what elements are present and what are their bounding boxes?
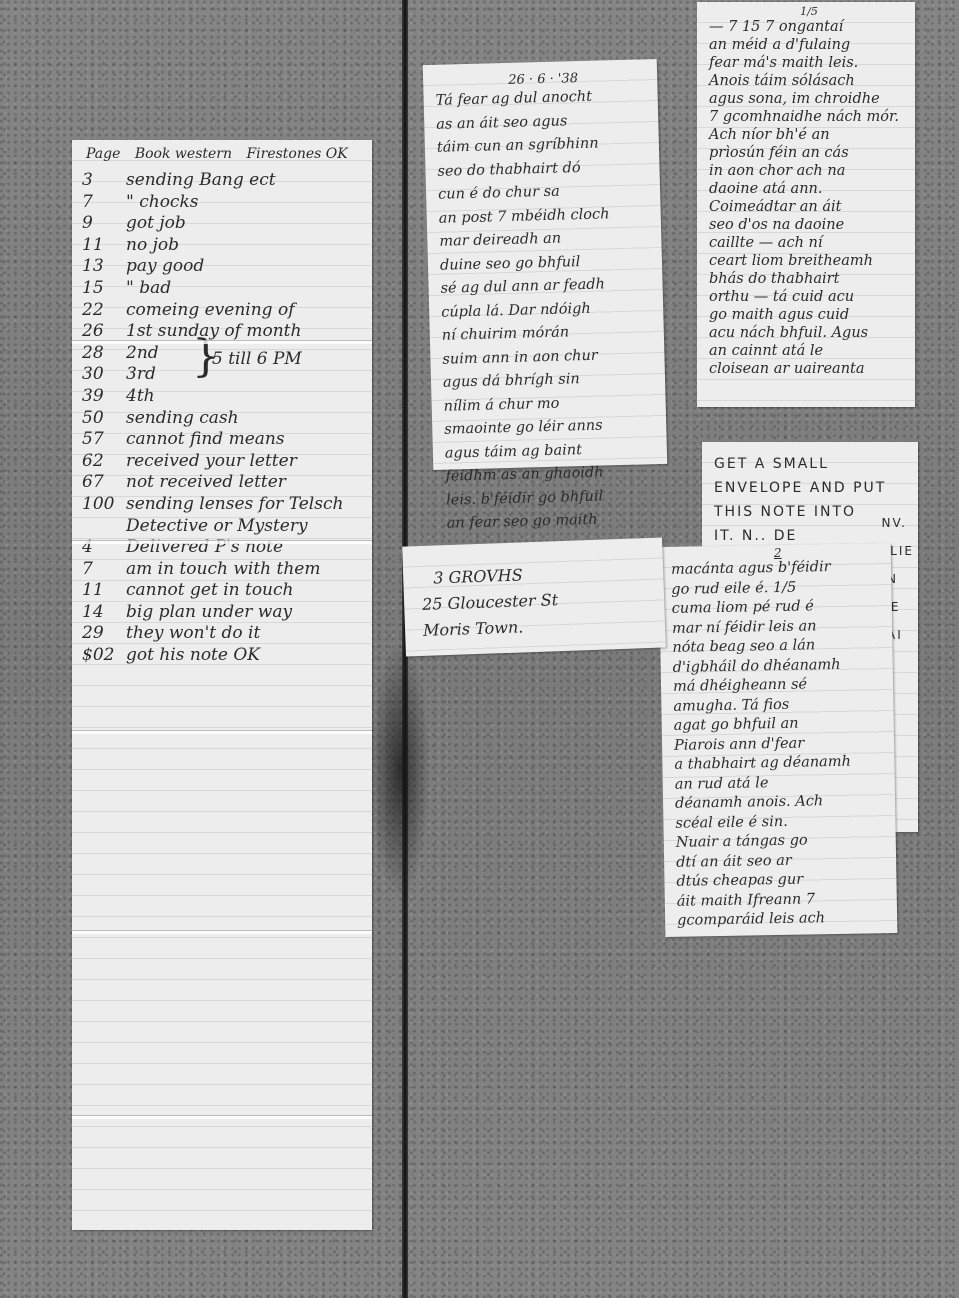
address-text: 3 GROVHS 25 Gloucester St Moris Town. [421, 558, 660, 644]
meaning: am in touch with them [126, 559, 320, 579]
code: 7 [82, 559, 126, 579]
meaning: comeing evening of [126, 300, 294, 320]
code: 57 [82, 429, 126, 449]
meaning: not received letter [126, 472, 286, 492]
list-item: 3sending Bang ect [82, 170, 372, 192]
note-line: an fear seo go maith [446, 507, 663, 536]
code: 22 [82, 300, 126, 320]
irish-note-2: 1/5 — 7 15 7 ongantaí an méid a d'fulain… [697, 2, 915, 407]
code: 14 [82, 602, 126, 622]
code-list-header: Page Book western Firestones OK [86, 146, 366, 162]
list-item: 15" bad [82, 278, 372, 300]
note-line: cloisean ar uaireanta [709, 360, 909, 378]
code: 15 [82, 278, 126, 298]
meaning: " bad [126, 278, 171, 298]
note-line: go maith agus cuid [709, 306, 909, 324]
meaning: 3rd [126, 364, 156, 384]
list-item: 7am in touch with them [82, 559, 372, 581]
list-item: 57cannot find means [82, 429, 372, 451]
note-line: ceart liom breitheamh [709, 252, 909, 270]
list-item: 62received your letter [82, 451, 372, 473]
note-line: seo d'os na daoine [709, 216, 909, 234]
paper-fold [72, 930, 372, 934]
irish-note-3: 2 macánta agus b'féidir go rud eile é. 1… [659, 543, 898, 937]
list-item: 11no job [82, 235, 372, 257]
note-line: prìosún féin an cás [709, 144, 909, 162]
list-item: 13pay good [82, 256, 372, 278]
code: 29 [82, 623, 126, 643]
list-item: 67not received letter [82, 472, 372, 494]
paper-fold [72, 540, 372, 544]
note-line: an cainnt atá le [709, 342, 909, 360]
ink-smudge [370, 640, 430, 900]
meaning: big plan under way [126, 602, 292, 622]
note-text: 2 macánta agus b'féidir go rud eile é. 1… [671, 545, 892, 931]
page-mark: 1/5 [709, 6, 909, 18]
header-book: Book western [135, 146, 232, 162]
list-item: 9got job [82, 213, 372, 235]
note-line: Ach níor bh'é an [709, 126, 909, 144]
code: 11 [82, 580, 126, 600]
note-line: gcomparáid leis ach [677, 908, 891, 931]
list-item: 14big plan under way [82, 602, 372, 624]
code: 39 [82, 386, 126, 406]
code-list-rows: 3sending Bang ect 7" chocks 9got job 11n… [82, 170, 372, 667]
meaning: cannot find means [126, 429, 285, 449]
code: 26 [82, 321, 126, 341]
meaning: 2nd [126, 343, 159, 363]
list-item: 22comeing evening of [82, 300, 372, 322]
header-page: Page [86, 146, 120, 162]
code: 50 [82, 408, 126, 428]
list-item: 100sending lenses for Telsch [82, 494, 372, 516]
note-line: GET A SMALL [714, 452, 912, 476]
meaning: " chocks [126, 192, 198, 212]
code: 7 [82, 192, 126, 212]
code: 62 [82, 451, 126, 471]
meaning: got his note OK [126, 645, 260, 665]
code: 13 [82, 256, 126, 276]
bracket-label: 5 till 6 PM [212, 349, 302, 369]
note-line: orthu — tá cuid acu [709, 288, 909, 306]
note-line: acu nách bhfuil. Agus [709, 324, 909, 342]
header-firestones: Firestones OK [246, 146, 347, 162]
list-item: $02got his note OK [82, 645, 372, 667]
meaning: pay good [126, 256, 204, 276]
meaning: got job [126, 213, 186, 233]
note-text: 1/5 — 7 15 7 ongantaí an méid a d'fulain… [709, 6, 909, 378]
code: 9 [82, 213, 126, 233]
code: 11 [82, 235, 126, 255]
code: 100 [82, 494, 126, 514]
code: 28 [82, 343, 126, 363]
note-line: an méid a d'fulaing [709, 36, 909, 54]
list-item: 50sending cash [82, 408, 372, 430]
note-line: caillte — ach ní [709, 234, 909, 252]
note-line: fear má's maith leis. [709, 54, 909, 72]
meaning: 4th [126, 386, 155, 406]
note-text: 26 · 6 · '38 Tá fear ag dul anocht as an… [435, 69, 663, 536]
meaning: no job [126, 235, 179, 255]
note-line: 7 gcomhnaidhe nách mór. [709, 108, 909, 126]
note-line: ENVELOPE AND PUT [714, 476, 912, 500]
code: 3 [82, 170, 126, 190]
edge-fragment: NV. [882, 516, 915, 530]
list-item: 7" chocks [82, 192, 372, 214]
list-item: 11cannot get in touch [82, 580, 372, 602]
code: 67 [82, 472, 126, 492]
irish-note-1: 26 · 6 · '38 Tá fear ag dul anocht as an… [423, 59, 668, 470]
meaning: received your letter [126, 451, 297, 471]
paper-fold [72, 730, 372, 734]
code: 30 [82, 364, 126, 384]
note-line: agus sona, im chroidhe [709, 90, 909, 108]
note-line: bhás do thabhairt [709, 270, 909, 288]
meaning: Detective or Mystery [126, 516, 308, 536]
meaning: sending lenses for Telsch [126, 494, 343, 514]
list-item: 394th [82, 386, 372, 408]
paper-fold [72, 340, 372, 344]
address-slip: 3 GROVHS 25 Gloucester St Moris Town. [402, 537, 666, 656]
code-list-paper: Page Book western Firestones OK 3sending… [72, 140, 372, 1230]
list-item: 29they won't do it [82, 623, 372, 645]
meaning: cannot get in touch [126, 580, 293, 600]
meaning: sending Bang ect [126, 170, 276, 190]
paper-fold [72, 1115, 372, 1119]
note-line: daoine atá ann. [709, 180, 909, 198]
note-line: Coimeádtar an áit [709, 198, 909, 216]
list-item: Detective or Mystery [82, 516, 372, 538]
code: $02 [82, 645, 126, 665]
meaning: sending cash [126, 408, 239, 428]
note-line: in aon chor ach na [709, 162, 909, 180]
note-line: Anois táim sólásach [709, 72, 909, 90]
meaning: they won't do it [126, 623, 260, 643]
note-line: — 7 15 7 ongantaí [709, 18, 909, 36]
